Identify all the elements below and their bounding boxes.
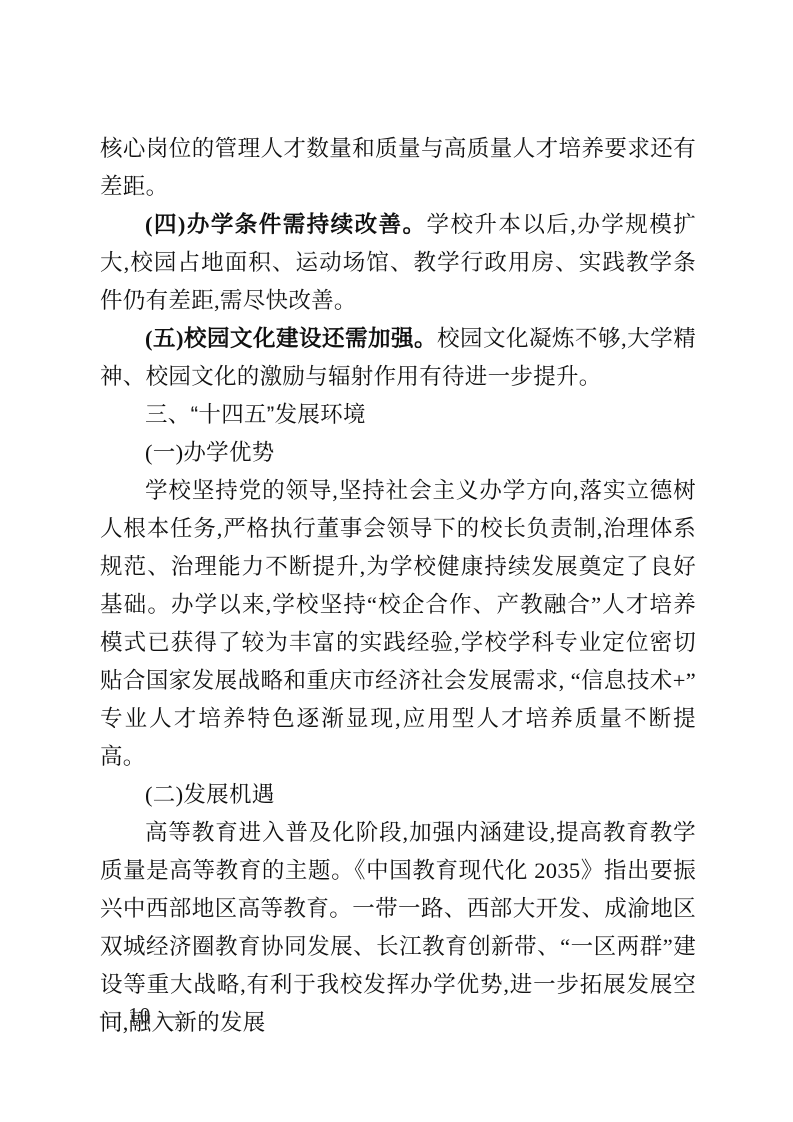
paragraph-continued: 核心岗位的管理人才数量和质量与高质量人才培养要求还有差距。: [100, 130, 696, 206]
paragraph: 学校坚持党的领导,坚持社会主义办学方向,落实立德树人根本任务,严格执行董事会领导…: [100, 472, 696, 776]
document-page: 核心岗位的管理人才数量和质量与高质量人才培养要求还有差距。 (四)办学条件需持续…: [0, 0, 793, 1122]
paragraph-lead: (四)办学条件需持续改善。: [145, 212, 427, 237]
document-content: 核心岗位的管理人才数量和质量与高质量人才培养要求还有差距。 (四)办学条件需持续…: [100, 130, 696, 1042]
paragraph: (四)办学条件需持续改善。学校升本以后,办学规模扩大,校园占地面积、运动场馆、教…: [100, 206, 696, 320]
paragraph-lead: (五)校园文化建设还需加强。: [145, 326, 437, 351]
paragraph: (五)校园文化建设还需加强。校园文化凝炼不够,大学精神、校园文化的激励与辐射作用…: [100, 320, 696, 396]
subsection-heading: (二)发展机遇: [100, 776, 696, 814]
paragraph: 高等教育进入普及化阶段,加强内涵建设,提高教育教学质量是高等教育的主题。《中国教…: [100, 814, 696, 1042]
subsection-heading: (一)办学优势: [100, 434, 696, 472]
page-number: — 10 —: [100, 1000, 180, 1030]
section-heading: 三、“十四五”发展环境: [100, 396, 696, 434]
